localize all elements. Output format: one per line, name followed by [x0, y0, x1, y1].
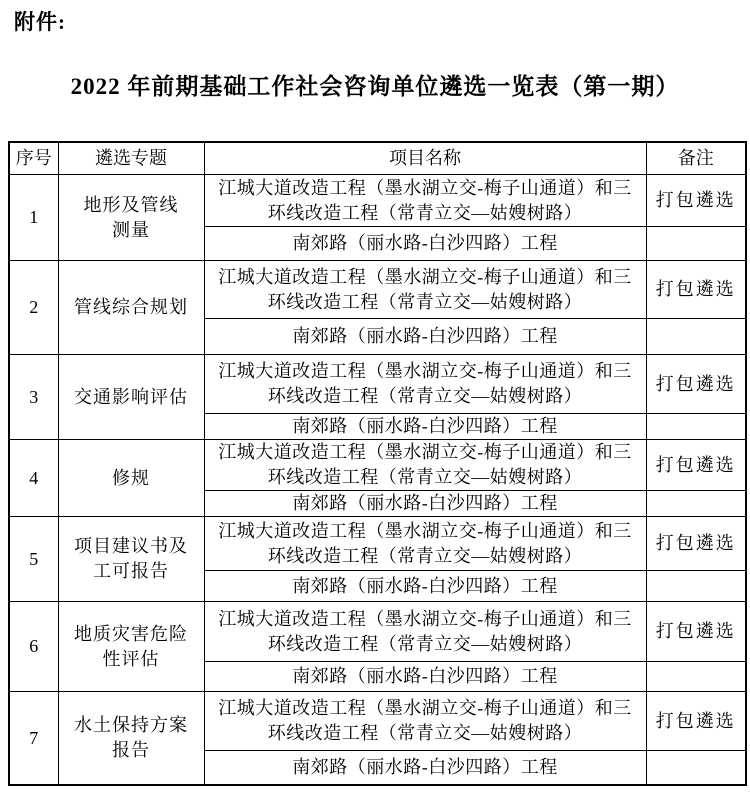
remark-cell: [646, 319, 746, 355]
table-row: 7 水土保持方案 报告 江城大道改造工程（墨水湖立交-梅子山通道）和三 环线改造…: [9, 692, 746, 751]
remark-cell: [646, 751, 746, 786]
page-title: 2022 年前期基础工作社会咨询单位遴选一览表（第一期）: [0, 68, 750, 101]
table-header-row: 序号 遴选专题 项目名称 备注: [9, 142, 746, 175]
topic-cell: 地质灾害危险 性评估: [58, 602, 204, 692]
project-name-cell: 南郊路（丽水路-白沙四路）工程: [204, 491, 646, 517]
row-number-cell: 6: [9, 602, 58, 692]
project-name-cell: 南郊路（丽水路-白沙四路）工程: [204, 662, 646, 692]
topic-cell: 修规: [58, 440, 204, 517]
project-name-cell: 南郊路（丽水路-白沙四路）工程: [204, 571, 646, 602]
project-name-cell: 江城大道改造工程（墨水湖立交-梅子山通道）和三 环线改造工程（常青立交—姑嫂树路…: [204, 261, 646, 319]
remark-cell: 打包遴选: [646, 355, 746, 414]
row-number-cell: 2: [9, 261, 58, 355]
table-row: 6 地质灾害危险 性评估 江城大道改造工程（墨水湖立交-梅子山通道）和三 环线改…: [9, 602, 746, 662]
document-page: { "page": { "attachment_label": "附件:", "…: [0, 0, 750, 796]
topic-cell: 项目建议书及 工可报告: [58, 517, 204, 602]
col-header-remark: 备注: [646, 142, 746, 175]
remark-cell: 打包遴选: [646, 602, 746, 662]
project-name-cell: 江城大道改造工程（墨水湖立交-梅子山通道）和三 环线改造工程（常青立交—姑嫂树路…: [204, 175, 646, 227]
project-name-cell: 南郊路（丽水路-白沙四路）工程: [204, 319, 646, 355]
col-header-no: 序号: [9, 142, 58, 175]
table-row: 2 管线综合规划 江城大道改造工程（墨水湖立交-梅子山通道）和三 环线改造工程（…: [9, 261, 746, 319]
row-number-cell: 4: [9, 440, 58, 517]
col-header-project: 项目名称: [204, 142, 646, 175]
project-name-cell: 南郊路（丽水路-白沙四路）工程: [204, 414, 646, 440]
remark-cell: 打包遴选: [646, 692, 746, 751]
remark-cell: [646, 662, 746, 692]
topic-cell: 水土保持方案 报告: [58, 692, 204, 786]
table-row: 5 项目建议书及 工可报告 江城大道改造工程（墨水湖立交-梅子山通道）和三 环线…: [9, 517, 746, 571]
row-number-cell: 3: [9, 355, 58, 440]
project-name-cell: 江城大道改造工程（墨水湖立交-梅子山通道）和三 环线改造工程（常青立交—姑嫂树路…: [204, 440, 646, 491]
row-number-cell: 7: [9, 692, 58, 786]
remark-cell: [646, 414, 746, 440]
remark-cell: 打包遴选: [646, 261, 746, 319]
remark-cell: 打包遴选: [646, 517, 746, 571]
selection-table: 序号 遴选专题 项目名称 备注 1 地形及管线 测量 江城大道改造工程（墨水湖立…: [8, 141, 747, 786]
project-name-cell: 江城大道改造工程（墨水湖立交-梅子山通道）和三 环线改造工程（常青立交—姑嫂树路…: [204, 602, 646, 662]
row-number-cell: 1: [9, 175, 58, 261]
attachment-label: 附件:: [14, 6, 66, 36]
topic-cell: 交通影响评估: [58, 355, 204, 440]
project-name-cell: 江城大道改造工程（墨水湖立交-梅子山通道）和三 环线改造工程（常青立交—姑嫂树路…: [204, 517, 646, 571]
remark-cell: [646, 227, 746, 261]
project-name-cell: 南郊路（丽水路-白沙四路）工程: [204, 227, 646, 261]
table-row: 1 地形及管线 测量 江城大道改造工程（墨水湖立交-梅子山通道）和三 环线改造工…: [9, 175, 746, 227]
remark-cell: 打包遴选: [646, 440, 746, 491]
project-name-cell: 南郊路（丽水路-白沙四路）工程: [204, 751, 646, 786]
row-number-cell: 5: [9, 517, 58, 602]
table-row: 3 交通影响评估 江城大道改造工程（墨水湖立交-梅子山通道）和三 环线改造工程（…: [9, 355, 746, 414]
remark-cell: [646, 571, 746, 602]
remark-cell: [646, 491, 746, 517]
project-name-cell: 江城大道改造工程（墨水湖立交-梅子山通道）和三 环线改造工程（常青立交—姑嫂树路…: [204, 355, 646, 414]
table-row: 4 修规 江城大道改造工程（墨水湖立交-梅子山通道）和三 环线改造工程（常青立交…: [9, 440, 746, 491]
remark-cell: 打包遴选: [646, 175, 746, 227]
col-header-topic: 遴选专题: [58, 142, 204, 175]
topic-cell: 管线综合规划: [58, 261, 204, 355]
topic-cell: 地形及管线 测量: [58, 175, 204, 261]
project-name-cell: 江城大道改造工程（墨水湖立交-梅子山通道）和三 环线改造工程（常青立交—姑嫂树路…: [204, 692, 646, 751]
